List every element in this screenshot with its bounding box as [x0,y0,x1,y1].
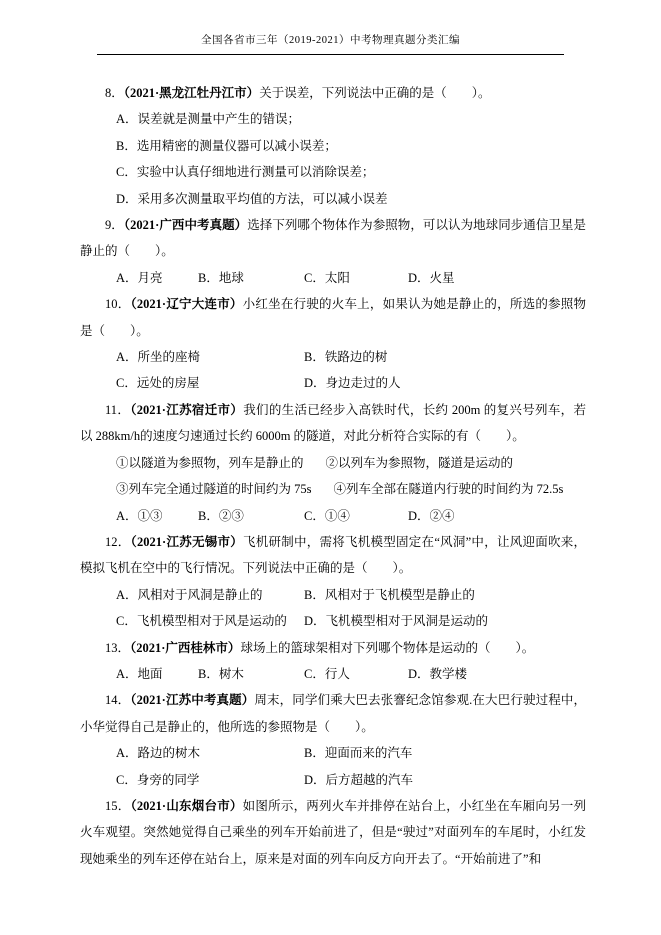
option: B．选用精密的测量仪器可以减小误差； [80,133,586,159]
question-11-statements: ③列车完全通过隧道的时间约为 75s④列车全部在隧道内行驶的时间约为 72.5s [80,476,586,502]
question-12-options: A．风相对于风洞是静止的 B．风相对于飞机模型是静止的 C．飞机模型相对于风是运… [80,582,586,635]
option: B．迎面而来的汽车 [304,740,586,766]
option: A．路边的树木 [116,740,304,766]
option: A．误差就是测量中产生的错误； [80,106,586,132]
question-13-options: A．地面 B．树木 C．行人 D．教学楼 [80,661,586,687]
question-stem: 球场上的篮球架相对下列哪个物体是运动的（ ）。 [240,641,534,655]
option: C．①④ [304,503,408,529]
question-number: 8． [105,86,124,100]
question-source: （2021·江苏中考真题） [130,693,254,707]
question-number: 15． [105,799,130,813]
option: D．飞机模型相对于风洞是运动的 [304,608,586,634]
statement: ②以列车为参照物，隧道是运动的 [326,450,514,476]
option: A．月亮 [116,265,198,291]
option: D．后方超越的汽车 [304,767,586,793]
question-source: （2021·江苏无锡市） [131,535,243,549]
option: C．远处的房屋 [116,370,304,396]
statement: ④列车全部在隧道内行驶的时间约为 72.5s [334,476,564,502]
question-source: （2021·辽宁大连市） [130,297,242,311]
option: D．身边走过的人 [304,370,586,396]
page-header-title: 全国各省市三年（2019-2021）中考物理真题分类汇编 [201,35,460,46]
question-14-options: A．路边的树木 B．迎面而来的汽车 C．身旁的同学 D．后方超越的汽车 [80,740,586,793]
option: D．教学楼 [408,661,586,687]
question-number: 13． [105,641,130,655]
document-page: 全国各省市三年（2019-2021）中考物理真题分类汇编 8．（2021·黑龙江… [0,0,661,935]
option: B．②③ [198,503,304,529]
question-11: 11．（2021·江苏宿迁市）我们的生活已经步入高铁时代，长约 200m 的复兴… [80,397,586,450]
page-header: 全国各省市三年（2019-2021）中考物理真题分类汇编 [97,34,564,55]
question-15: 15．（2021·山东烟台市）如图所示，两列火车并排停在站台上，小红坐在车厢向另… [80,793,586,872]
option: D．火星 [408,265,586,291]
option: C．行人 [304,661,408,687]
question-11-options: A．①③ B．②③ C．①④ D．②④ [80,503,586,529]
question-number: 14． [105,693,130,707]
question-source: （2021·江苏宿迁市） [130,403,243,417]
document-content: 8．（2021·黑龙江牡丹江市）关于误差，下列说法中正确的是（ ）。 A．误差就… [80,80,586,872]
option: D．采用多次测量取平均值的方法，可以减小误差 [80,186,586,212]
question-8-options: A．误差就是测量中产生的错误； B．选用精密的测量仪器可以减小误差； C．实验中… [80,106,586,212]
question-source: （2021·广西中考真题） [124,218,247,232]
question-number: 9． [105,218,124,232]
question-9-options: A．月亮 B．地球 C．太阳 D．火星 [80,265,586,291]
question-8: 8．（2021·黑龙江牡丹江市）关于误差，下列说法中正确的是（ ）。 [80,80,586,106]
option: B．树木 [198,661,304,687]
option: A．①③ [116,503,198,529]
question-source: （2021·山东烟台市） [130,799,242,813]
option: B．地球 [198,265,304,291]
option: B．铁路边的树 [304,344,586,370]
option: C．身旁的同学 [116,767,304,793]
question-source: （2021·黑龙江牡丹江市） [124,86,259,100]
option: D．②④ [408,503,586,529]
question-11-statements: ①以隧道为参照物，列车是静止的②以列车为参照物，隧道是运动的 [80,450,586,476]
question-number: 12． [105,535,131,549]
question-source: （2021·广西桂林市） [130,641,240,655]
statement: ③列车完全通过隧道的时间约为 75s [116,476,312,502]
question-10-options: A．所坐的座椅 B．铁路边的树 C．远处的房屋 D．身边走过的人 [80,344,586,397]
option: A．所坐的座椅 [116,344,304,370]
option: C．太阳 [304,265,408,291]
question-12: 12．（2021·江苏无锡市）飞机研制中，需将飞机模型固定在“风洞”中，让风迎面… [80,529,586,582]
question-stem: 关于误差，下列说法中正确的是（ ）。 [259,86,490,100]
question-14: 14．（2021·江苏中考真题）周末，同学们乘大巴去张謇纪念馆参观.在大巴行驶过… [80,687,586,740]
option: C．实验中认真仔细地进行测量可以消除误差； [80,159,586,185]
statement: ①以隧道为参照物，列车是静止的 [116,450,304,476]
question-9: 9．（2021·广西中考真题）选择下列哪个物体作为参照物，可以认为地球同步通信卫… [80,212,586,265]
option: A．地面 [116,661,198,687]
option: C．飞机模型相对于风是运动的 [116,608,304,634]
question-13: 13．（2021·广西桂林市）球场上的篮球架相对下列哪个物体是运动的（ ）。 [80,635,586,661]
option: B．风相对于飞机模型是静止的 [304,582,586,608]
question-10: 10．（2021·辽宁大连市）小红坐在行驶的火车上，如果认为她是静止的，所选的参… [80,291,586,344]
option: A．风相对于风洞是静止的 [116,582,304,608]
question-number: 10． [105,297,130,311]
question-number: 11． [105,403,130,417]
